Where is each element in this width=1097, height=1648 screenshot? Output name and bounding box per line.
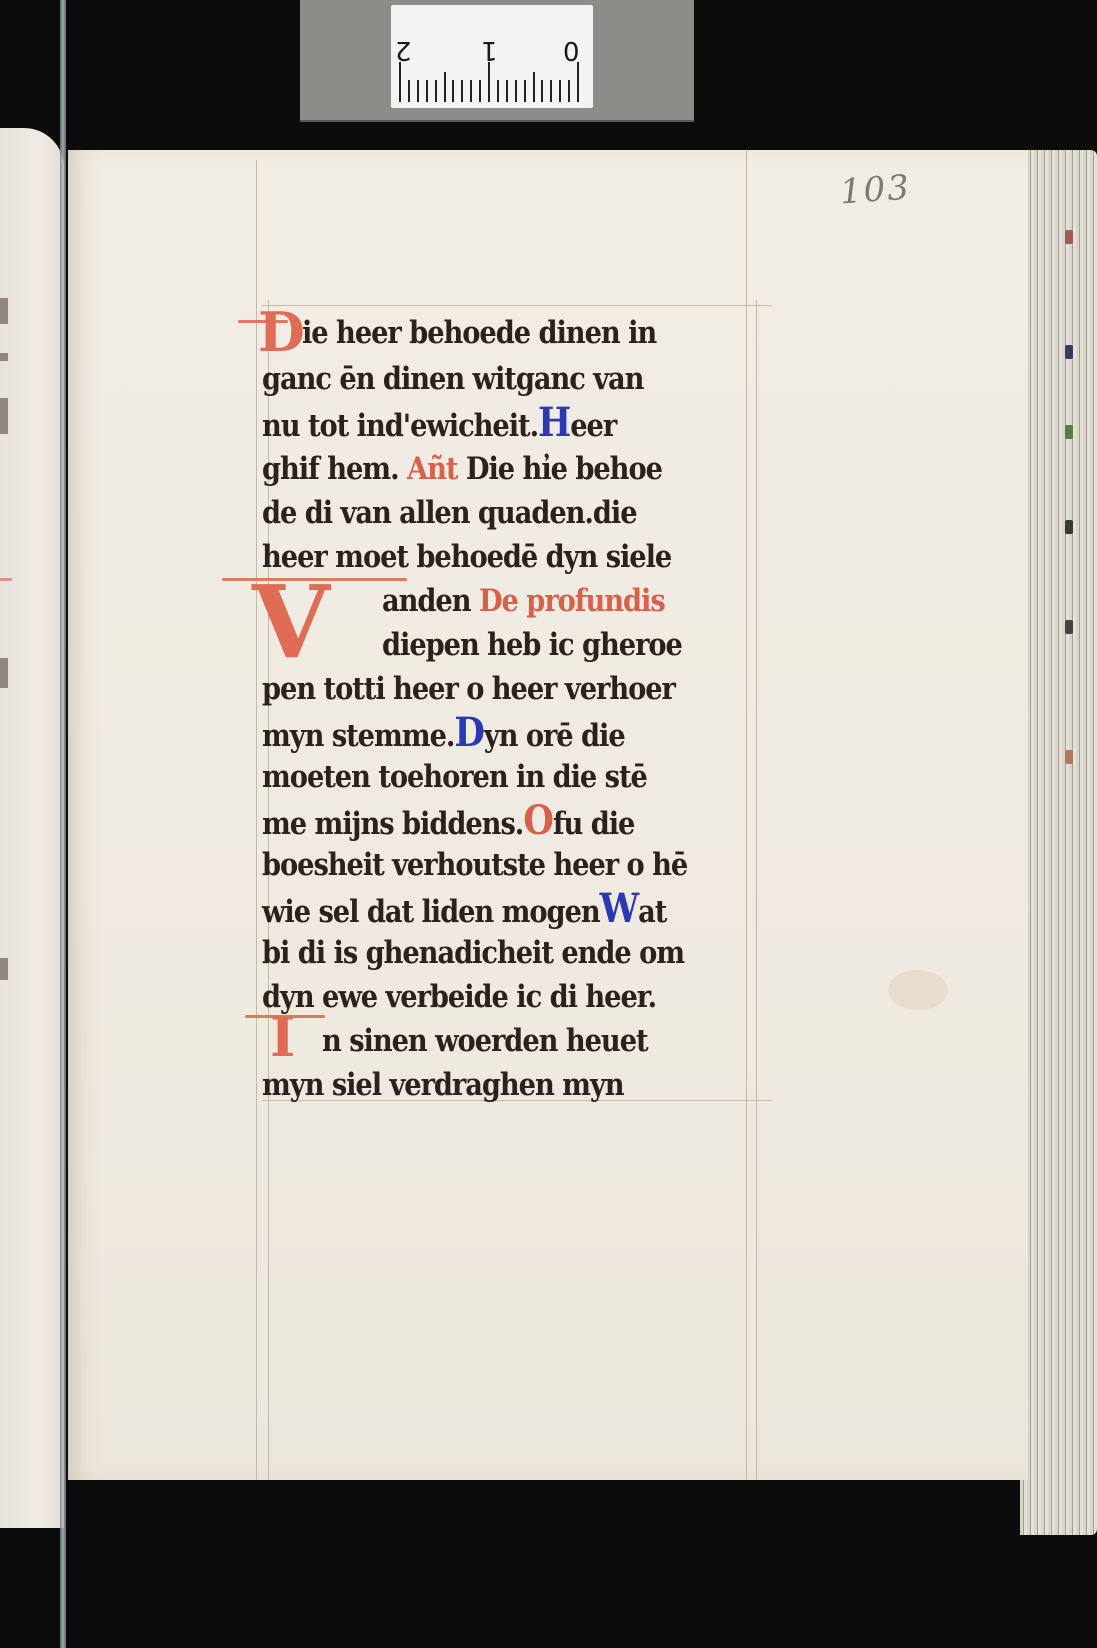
text-line-1: ie heer behoede dinen in — [302, 312, 656, 354]
scale-tick — [577, 62, 579, 102]
text-line-16: dyn ewe verbeide ic di heer. — [262, 976, 656, 1018]
text-line-15: bi di is ghenadicheit ende om — [262, 932, 684, 974]
scale-ruler: 0 1 2 — [391, 5, 593, 108]
folio-number: 103 — [839, 168, 913, 213]
scale-tick — [470, 80, 472, 102]
scale-tick — [461, 80, 463, 102]
ink-mark — [0, 958, 8, 980]
scale-tick — [399, 62, 401, 102]
text-line-2: ganc ēn dinen witganc van — [262, 358, 643, 400]
scale-tick — [452, 80, 454, 102]
initial-w-blue: W — [600, 885, 638, 932]
ink-mark — [0, 353, 8, 361]
text-line-4: ghif hem. Añt Die hi̓e behoe — [262, 448, 662, 490]
scale-label-1: 1 — [481, 35, 498, 65]
scale-tick — [524, 80, 526, 102]
initial-o-red: O — [523, 797, 553, 844]
scale-tick — [550, 80, 552, 102]
ruling-line-right-inner — [756, 300, 757, 1480]
initial-d-blue: D — [454, 709, 483, 756]
text-line-18: myn siel verdraghen myn — [262, 1064, 624, 1106]
text-line-10: myn stemme.Dyn orē die — [262, 712, 625, 754]
ruling-line-right — [746, 150, 747, 1480]
initial-d-red: D — [258, 300, 305, 364]
page-edge-mark — [1065, 750, 1073, 764]
ink-mark — [0, 658, 8, 688]
ink-mark — [0, 398, 8, 434]
scale-tick — [417, 80, 419, 102]
text-line-12: me mijns biddens.Ofu die — [262, 800, 634, 842]
scale-tick — [408, 80, 410, 102]
scale-tick — [541, 80, 543, 102]
text-line-8: diepen heb ic gheroe — [382, 624, 682, 666]
scale-tick — [506, 80, 508, 102]
text-line-6: heer moet behoedē dyn siele — [262, 536, 671, 578]
scale-tick — [479, 80, 481, 102]
scale-tick — [533, 72, 535, 102]
rubric-mark — [0, 578, 12, 581]
page-edges — [1020, 150, 1097, 1535]
page-edge-mark — [1065, 520, 1073, 534]
scale-tick — [426, 80, 428, 102]
scale-tick — [488, 62, 490, 102]
scale-label-2: 2 — [395, 35, 412, 65]
text-line-17: n sinen woerden heuet — [322, 1020, 648, 1062]
rubric-de-profundis: De profundis — [479, 583, 665, 619]
scale-tick — [435, 80, 437, 102]
glass-plate-edge — [60, 0, 66, 1648]
page-edge-mark — [1065, 345, 1073, 359]
initial-v-red: V — [252, 572, 330, 672]
stain — [888, 970, 948, 1010]
text-line-11: moeten toehoren in die stē — [262, 756, 647, 798]
scale-tick — [568, 80, 570, 102]
text-line-9: pen totti heer o heer verhoer — [262, 668, 675, 710]
left-facing-page — [0, 128, 64, 1528]
ruling-line-top — [262, 305, 772, 306]
rubric-antiphon: Añt — [407, 451, 457, 487]
scale-tick — [515, 80, 517, 102]
text-line-5: de di van allen quaden.die — [262, 492, 637, 534]
text-line-3: nu tot ind'ewicheit.Heer — [262, 402, 616, 444]
page-edge-mark — [1065, 230, 1073, 244]
ink-mark — [0, 298, 8, 324]
text-line-7: anden De profundis — [382, 580, 665, 622]
page-edge-mark — [1065, 620, 1073, 634]
text-line-14: wie sel dat liden mogenWat — [262, 888, 666, 930]
scale-tick — [559, 80, 561, 102]
page-edge-mark — [1065, 425, 1073, 439]
initial-h-blue: H — [538, 399, 570, 446]
text-line-13: boesheit verhoutste heer o hē — [262, 844, 687, 886]
scale-tick — [497, 80, 499, 102]
scale-tick — [444, 72, 446, 102]
ruling-line-left — [256, 160, 257, 1480]
scale-label-0: 0 — [563, 35, 580, 65]
